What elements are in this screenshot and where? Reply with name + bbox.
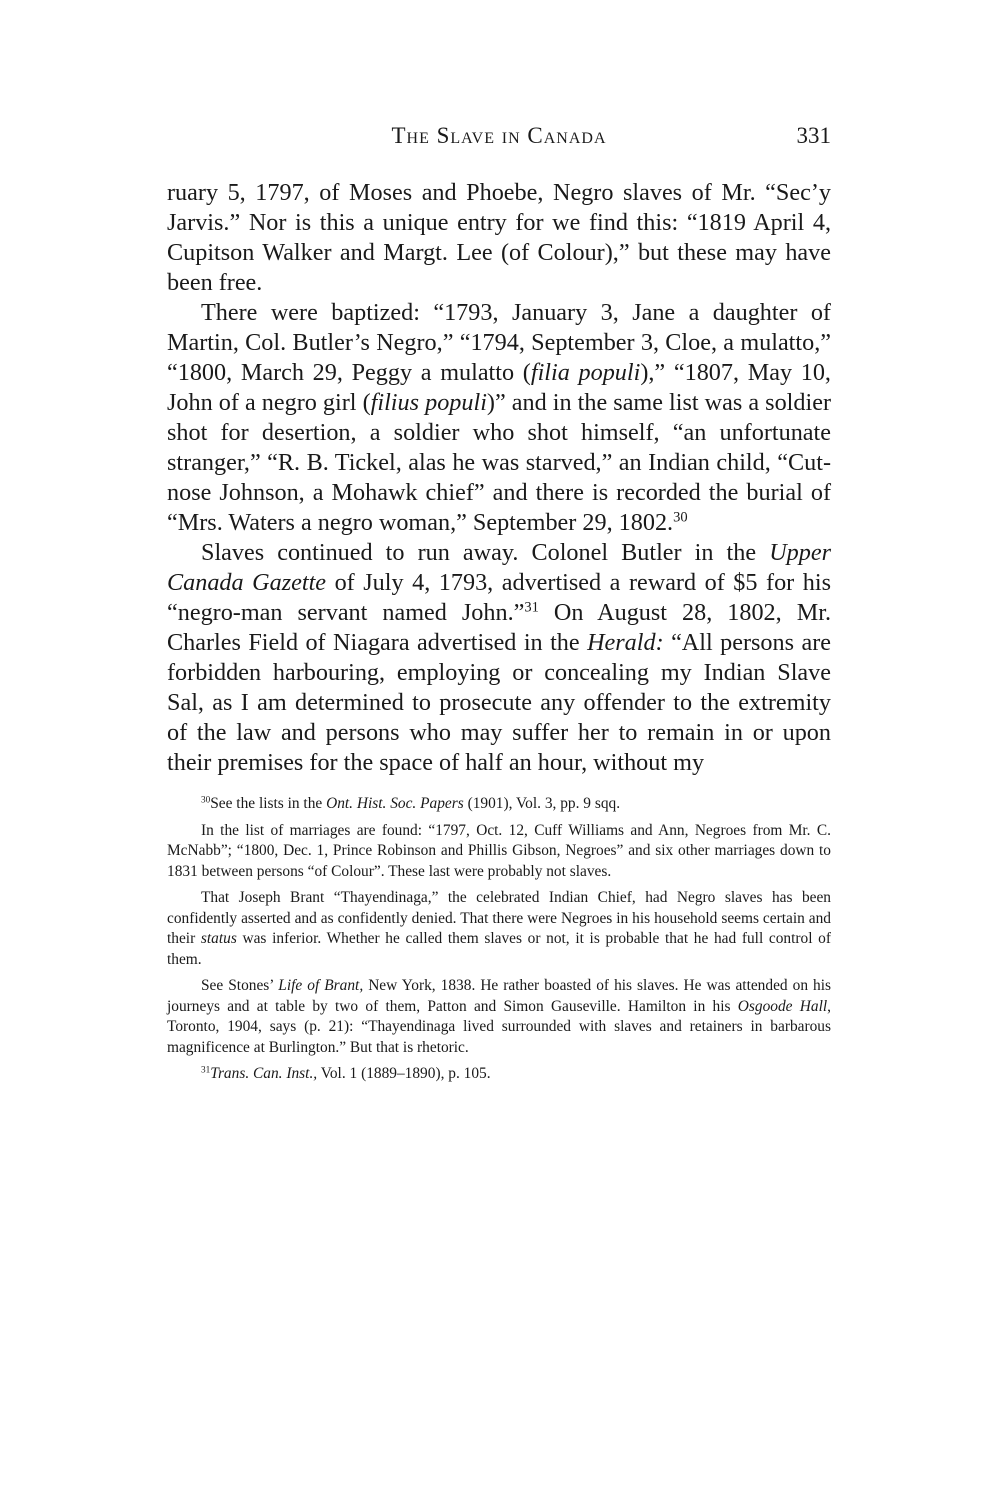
footnote-30: 30See the lists in the Ont. Hist. Soc. P… xyxy=(167,794,831,815)
text-run: Slaves continued to run away. Colonel Bu… xyxy=(201,539,769,566)
text-run: was inferior. Whether he called them sla… xyxy=(167,930,831,968)
footnotes: 30See the lists in the Ont. Hist. Soc. P… xyxy=(167,794,831,1085)
footnote-30-brant: That Joseph Brant “Thayendinaga,” the ce… xyxy=(167,888,831,970)
paragraph-text: ruary 5, 1797, of Moses and Phoebe, Negr… xyxy=(167,179,831,296)
paragraph-continued: ruary 5, 1797, of Moses and Phoebe, Negr… xyxy=(167,178,831,298)
italic-title: Herald: xyxy=(587,629,664,656)
italic-title: Osgoode Hall xyxy=(738,998,827,1015)
footnote-30-stones: See Stones’ Life of Brant, New York, 183… xyxy=(167,976,831,1058)
book-page: The Slave in Canada 331 ruary 5, 1797, o… xyxy=(167,118,831,1091)
body-text: ruary 5, 1797, of Moses and Phoebe, Negr… xyxy=(167,178,831,778)
footnote-30-marriages: In the list of marriages are found: “179… xyxy=(167,821,831,883)
italic-title: Life of Brant, xyxy=(278,977,363,994)
footnote-ref-31[interactable]: 31 xyxy=(524,599,539,615)
page-number: 331 xyxy=(797,123,832,149)
paragraph-runaways: Slaves continued to run away. Colonel Bu… xyxy=(167,538,831,778)
italic-word: status xyxy=(201,930,237,947)
italic-latin: filia populi xyxy=(531,359,640,386)
italic-title: Trans. Can. Inst., xyxy=(210,1065,317,1082)
italic-title: Ont. Hist. Soc. Papers xyxy=(326,795,464,812)
footnote-31: 31Trans. Can. Inst., Vol. 1 (1889–1890),… xyxy=(167,1064,831,1085)
paragraph-baptisms: There were baptized: “1793, January 3, J… xyxy=(167,298,831,538)
footnote-number: 31 xyxy=(201,1064,210,1074)
italic-latin: filius populi xyxy=(371,389,487,416)
text-run: (1901), Vol. 3, pp. 9 sqq. xyxy=(464,795,620,812)
text-run: See the lists in the xyxy=(210,795,326,812)
text-run: See Stones’ xyxy=(201,977,278,994)
page-header: The Slave in Canada 331 xyxy=(167,118,831,158)
text-run: Vol. 1 (1889–1890), p. 105. xyxy=(317,1065,490,1082)
footnote-ref-30[interactable]: 30 xyxy=(673,509,688,525)
footnote-number: 30 xyxy=(201,794,210,804)
running-head: The Slave in Canada xyxy=(167,123,831,149)
